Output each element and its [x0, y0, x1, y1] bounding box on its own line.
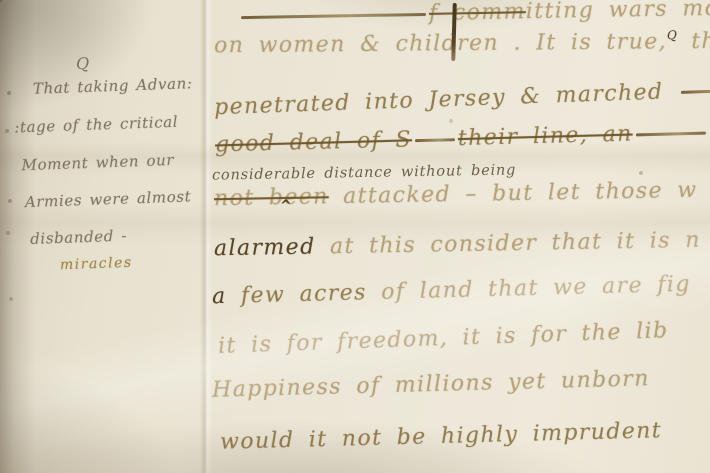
manuscript-line: it is for freedom, it is for the lib — [218, 318, 669, 359]
margin-note-line: disbanded - — [30, 227, 127, 248]
margin-annotation: miracles — [60, 255, 133, 274]
handwriting-segment: It is true, — [522, 29, 667, 55]
margin-note-line: That taking Advan: — [33, 74, 193, 98]
struck-text-segment: f comm — [429, 0, 526, 26]
manuscript-photo: Q That taking Advan::tage of the critica… — [0, 0, 710, 473]
handwriting-segment: a — [212, 284, 227, 309]
handwriting-segment: Q — [667, 28, 677, 42]
manuscript-line: Happiness of millions yet unborn — [212, 366, 650, 402]
handwriting-segment: few acres — [226, 280, 367, 309]
manuscript-line: alarmed at this consider that it is n — [214, 228, 701, 261]
handwriting-segment: attacked – but let those w — [329, 178, 698, 209]
handwriting-segment: the — [677, 29, 710, 54]
handwriting-segment: alarmed — [214, 234, 316, 261]
handwriting-segment: considerable distance without being — [212, 162, 516, 183]
manuscript-line: penetrated into Jersey & marched — [214, 77, 710, 120]
handwriting-segment: at this consider that it is n — [315, 228, 701, 260]
struck-text-segment: not been — [214, 184, 329, 211]
ink-strikeout-mark — [681, 88, 710, 93]
ink-strikeout-mark — [636, 131, 706, 136]
margin-note-line: Armies were almost — [25, 187, 192, 211]
caret-insertion-icon: ^ — [280, 198, 292, 214]
handwriting-segment: would it not be highly imprudent — [220, 418, 663, 455]
handwriting-segment: of land that we are fig — [366, 272, 691, 305]
margin-note-line: :tage of the critical — [14, 113, 178, 137]
handwriting-segment: it is for freedom, it is for the lib — [218, 318, 669, 359]
paper-edge-specks — [0, 0, 2, 2]
manuscript-line: would it not be highly imprudent — [220, 418, 663, 455]
struck-text-segment: their line, an — [458, 122, 633, 152]
manuscript-line: f committing wars mo — [238, 0, 710, 29]
manuscript-line: good deal of Stheir line, an — [215, 120, 709, 158]
margin-note-mark: Q — [76, 54, 90, 73]
handwriting-segment: itting wars mo — [526, 0, 710, 24]
struck-text-segment: good deal of S — [215, 127, 413, 157]
handwriting-segment: penetrated into Jersey & marched — [214, 79, 679, 120]
margin-note-line: Moment when our — [21, 151, 174, 174]
handwriting-segment: Happiness of millions yet unborn — [212, 366, 650, 402]
handwriting-segment: on women & children . — [214, 31, 522, 59]
ink-strikeout-mark — [241, 12, 426, 18]
ink-strikeout-mark — [415, 138, 455, 142]
manuscript-line: a few acres of land that we are fig — [212, 272, 691, 310]
manuscript-line: on women & children . It is true,Q the — [214, 28, 710, 59]
